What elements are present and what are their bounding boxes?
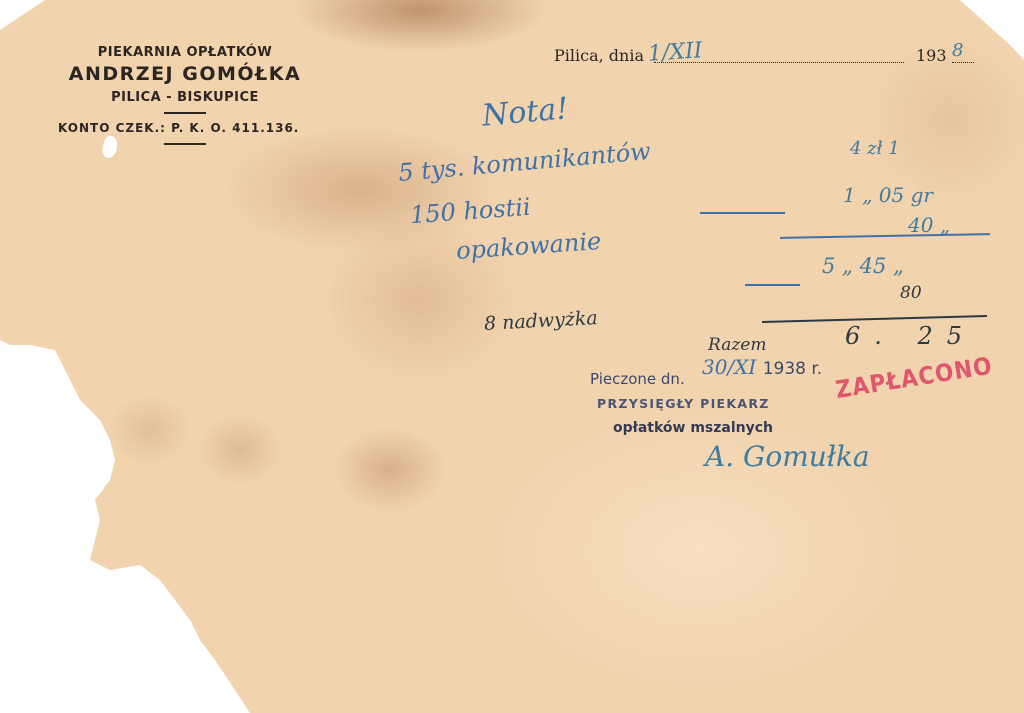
stamp-handwritten-date: 30/XI 1938 r. <box>702 355 822 379</box>
total-amount: 6. 25 <box>845 322 976 350</box>
stamp-date-label: Pieczone dn. <box>590 370 685 388</box>
letterhead-account: KONTO CZEK.: P. K. O. 411.136. <box>50 121 320 135</box>
handwritten-dash <box>700 212 785 214</box>
letterhead-location: PILICA - BISKUPICE <box>50 90 320 105</box>
bakery-stamp-date-line: Pieczone dn. <box>590 370 685 388</box>
note-item-amount: 40 „ <box>908 213 950 237</box>
note-item-amount: 4 zł 1 <box>850 138 900 159</box>
letterhead-owner-name: ANDRZEJ GOMÓŁKA <box>50 63 320 85</box>
dateline-place: Pilica, dnia <box>554 46 644 65</box>
letterhead-divider <box>164 143 206 145</box>
dateline: Pilica, dnia 193 <box>554 46 974 68</box>
letterhead-business-type: PIEKARNIA OPŁATKÓW <box>50 45 320 60</box>
note-title: Nota! <box>481 91 570 133</box>
stamp-date-year: 1938 r. <box>763 359 823 379</box>
stamp-date-value: 30/XI <box>702 355 756 379</box>
dateline-year-prefix: 193 <box>916 46 947 65</box>
bakery-stamp-title: PRZYSIĘGŁY PIEKARZ <box>597 396 770 411</box>
total-label: Razem <box>708 335 766 355</box>
bakery-stamp-subtitle: opłatków mszalnych <box>613 420 773 436</box>
note-subtotal: 5 „ 45 „ <box>822 254 904 278</box>
letterhead: PIEKARNIA OPŁATKÓW ANDRZEJ GOMÓŁKA PILIC… <box>50 45 320 145</box>
note-item-amount: 1 „ 05 gr <box>843 183 933 207</box>
letterhead-divider <box>164 112 206 114</box>
handwritten-year-digit: 8 <box>952 40 963 61</box>
dateline-dotted-line <box>952 62 974 63</box>
note-deduction: 80 <box>900 283 922 303</box>
handwritten-date: 1/XII <box>647 38 703 67</box>
signature: A. Gomułka <box>705 440 870 473</box>
handwritten-dash <box>745 284 800 286</box>
